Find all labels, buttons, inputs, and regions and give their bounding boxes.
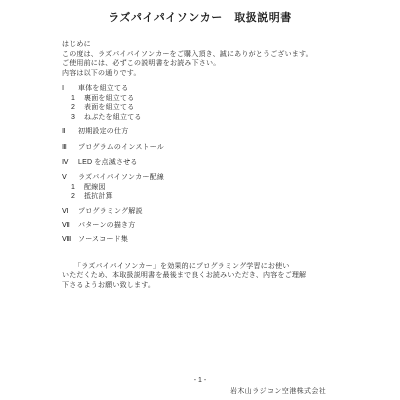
toc-section-numeral: Ⅶ — [62, 221, 78, 231]
toc-section-label: プログラミング解説 — [78, 207, 143, 217]
toc-section-numeral: Ⅲ — [62, 143, 78, 153]
closing-line: いただくため、本取扱説明書を最後まで良くお読みいただき、内容をご理解 — [62, 271, 380, 281]
toc-section-label: LED を点滅させる — [78, 158, 138, 168]
toc-section-numeral: Ⅴ — [62, 173, 78, 183]
page-title: ラズパイパイソンカー 取扱説明書 — [0, 9, 400, 25]
toc-subitem-number: 1 — [71, 183, 84, 193]
toc-section: Ⅱ 初期設定の仕方 — [62, 127, 380, 137]
document-body: はじめに この度は、ラズパイパイソンカーをご購入頂き、誠にありがとうございます。… — [62, 40, 380, 290]
toc-section: Ⅴ ラズパイパイソンカー配線 — [62, 173, 380, 183]
toc-section: Ⅵ プログラミング解説 — [62, 207, 380, 217]
toc-section-label: ソースコード集 — [78, 235, 128, 245]
toc-subitem: 2 表面を組立てる — [71, 103, 380, 113]
toc-subitem-label: 抵抗計算 — [84, 192, 113, 202]
intro-heading: はじめに — [62, 40, 380, 50]
toc-section-label: 初期設定の仕方 — [78, 127, 128, 137]
toc-section-label: パターンの描き方 — [78, 221, 135, 231]
intro-line: この度は、ラズパイパイソンカーをご購入頂き、誠にありがとうございます。 — [62, 50, 380, 60]
intro-line: 内容は以下の通りです。 — [62, 69, 380, 79]
table-of-contents: Ⅰ 車体を組立てる 1 裏面を組立てる 2 表面を組立てる 3 ねぶたを組立てる… — [62, 84, 380, 245]
toc-section: Ⅰ 車体を組立てる — [62, 84, 380, 94]
toc-subitem-label: 表面を組立てる — [84, 103, 134, 113]
toc-section-numeral: Ⅷ — [62, 235, 78, 245]
toc-section: Ⅷ ソースコード集 — [62, 235, 380, 245]
toc-subitem: 2 抵抗計算 — [71, 192, 380, 202]
page-number: - 1 - — [0, 377, 400, 384]
toc-section: Ⅳ LED を点滅させる — [62, 158, 380, 168]
toc-subitem-label: 配線図 — [84, 183, 106, 193]
toc-section-numeral: Ⅵ — [62, 207, 78, 217]
toc-section-numeral: Ⅱ — [62, 127, 78, 137]
toc-section-label: プログラムのインストール — [78, 143, 164, 153]
toc-subitem-number: 2 — [71, 103, 84, 113]
toc-section-numeral: Ⅳ — [62, 158, 78, 168]
toc-subitem-number: 1 — [71, 94, 84, 104]
toc-subitem: 1 配線図 — [71, 183, 380, 193]
document-page: ラズパイパイソンカー 取扱説明書 はじめに この度は、ラズパイパイソンカーをご購… — [0, 0, 400, 400]
toc-subitem-label: ねぶたを組立てる — [84, 113, 142, 123]
toc-section-label: 車体を組立てる — [78, 84, 128, 94]
intro-line: ご使用前には、必ずこの説明書をお読み下さい。 — [62, 59, 380, 69]
toc-subitem-number: 3 — [71, 113, 84, 123]
toc-subitem-number: 2 — [71, 192, 84, 202]
toc-section: Ⅶ パターンの描き方 — [62, 221, 380, 231]
toc-section: Ⅲ プログラムのインストール — [62, 143, 380, 153]
toc-section-numeral: Ⅰ — [62, 84, 78, 94]
closing-paragraph: 「ラズパイパイソンカー」を効果的にプログラミング学習にお使い いただくため、本取… — [62, 262, 380, 291]
toc-section-label: ラズパイパイソンカー配線 — [78, 173, 164, 183]
toc-subitem: 3 ねぶたを組立てる — [71, 113, 380, 123]
toc-subitem-label: 裏面を組立てる — [84, 94, 134, 104]
company-name: 岩木山ラジコン空港株式会社 — [230, 386, 326, 396]
toc-subitem: 1 裏面を組立てる — [71, 94, 380, 104]
closing-line: 「ラズパイパイソンカー」を効果的にプログラミング学習にお使い — [62, 262, 380, 272]
closing-line: 下さるようお願い致します。 — [62, 281, 380, 291]
